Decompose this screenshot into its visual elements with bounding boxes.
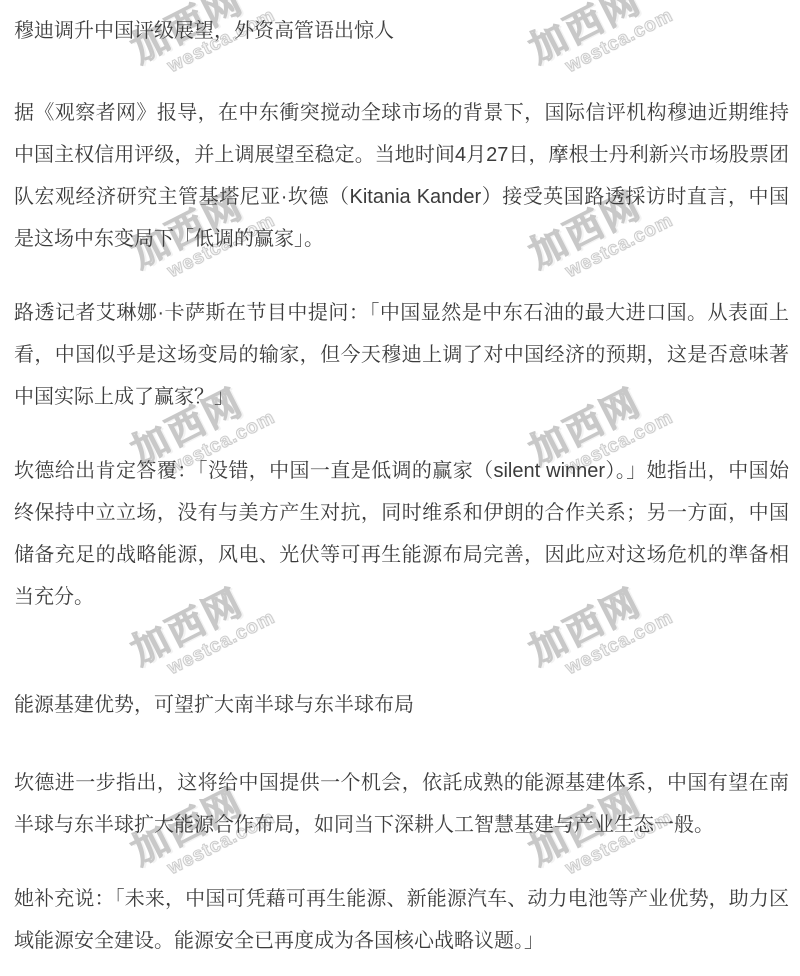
article-paragraph: 坎德给出肯定答覆：「没错，中国一直是低调的赢家（silent winner）。」…	[14, 450, 789, 618]
article-paragraph: 坎德进一步指出，这将给中国提供一个机会，依託成熟的能源基建体系，中国有望在南半球…	[14, 762, 789, 846]
article-title: 穆迪调升中国评级展望，外资高管语出惊人	[14, 10, 789, 52]
article-body: 穆迪调升中国评级展望，外资高管语出惊人据《观察者网》报导，在中东衝突搅动全球市场…	[0, 0, 800, 962]
article-paragraph: 她补充说：「未来，中国可凭藉可再生能源、新能源汽车、动力电池等产业优势，助力区域…	[14, 878, 789, 962]
article-paragraph: 路透记者艾琳娜·卡萨斯在节目中提问：「中国显然是中东石油的最大进口国。从表面上看…	[14, 292, 789, 418]
article-paragraph: 据《观察者网》报导，在中东衝突搅动全球市场的背景下，国际信评机构穆迪近期维持中国…	[14, 92, 789, 260]
article-subheading: 能源基建优势，可望扩大南半球与东半球布局	[14, 684, 789, 726]
